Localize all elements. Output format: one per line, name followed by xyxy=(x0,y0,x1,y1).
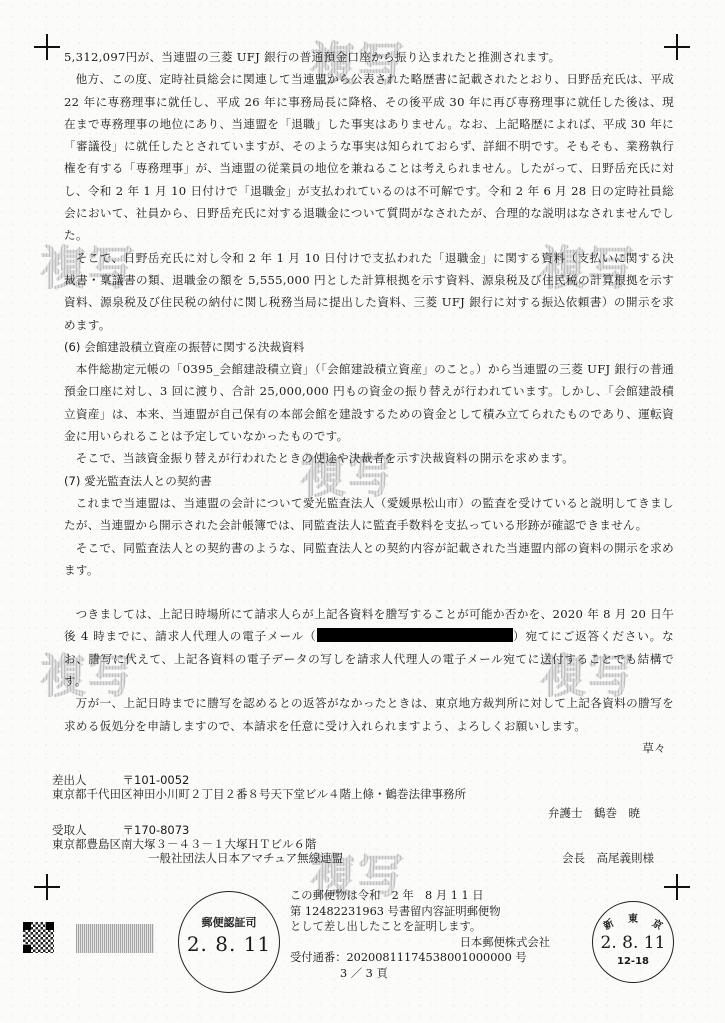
postmark-stamp: 新 東 京 2. 8. 11 12-18 xyxy=(592,901,674,983)
recipient-address: 東京都豊島区南大塚３－４３－１大塚ＨＴビル６階 xyxy=(52,837,343,851)
sender-postal: 〒101-0052 xyxy=(123,773,190,787)
cert-line: 第 12482231963 号書留内容証明郵便物 xyxy=(290,904,550,920)
stamp-label: 郵便認証司 xyxy=(202,914,257,930)
paragraph: 本件総勘定元帳の「0395_会館建設積立資」（「会館建設積立資産」のこと。）から… xyxy=(64,358,674,447)
cert-line: として差し出したことを証明します。 xyxy=(290,919,550,935)
sender-block: 差出人〒101-0052 東京都千代田区神田小川町２丁目２番８号天下堂ビル４階上… xyxy=(52,773,466,801)
recipient-organization: 一般社団法人日本アマチュア無線連盟 xyxy=(52,851,343,865)
postmark-office: 新 東 京 xyxy=(603,910,663,931)
recipient-label: 受取人 xyxy=(52,823,87,837)
recipient-name: 会長 高尾義則様 xyxy=(562,851,654,865)
postal-certification: この郵便物は令和 2 年 8 月 1 1 日 第 12482231963 号書留… xyxy=(290,888,550,981)
closing-salutation: 草々 xyxy=(64,737,674,759)
paragraph: そこで、日野岳充氏に対し令和 2 年 1 月 10 日付けで支払われた「退職金」… xyxy=(64,247,674,336)
sender-label: 差出人 xyxy=(52,773,87,787)
section-heading: (7) 愛光監査法人との契約書 xyxy=(64,470,674,492)
recipient-postal: 〒170-8073 xyxy=(123,823,190,837)
recipient-block: 受取人〒170-8073 東京都豊島区南大塚３－４３－１大塚ＨＴビル６階 一般社… xyxy=(52,823,343,865)
section-heading: (6) 会館建設積立資産の振替に関する決裁資料 xyxy=(64,336,674,358)
qr-code xyxy=(23,922,54,953)
sender-name: 弁護士 鶴巻 暁 xyxy=(548,806,640,820)
letter-body: 5,312,097円が、当連盟の三菱 UFJ 銀行の普通預金口座から振り込まれた… xyxy=(64,46,674,759)
final-paragraph: 万が一、上記日時までに謄写を認めるとの返答がなかったときは、東京地方裁判所に対し… xyxy=(64,692,674,737)
postmark-date: 2. 8. 11 xyxy=(601,933,666,953)
crop-mark-top-left xyxy=(34,34,60,60)
paragraph: 5,312,097円が、当連盟の三菱 UFJ 銀行の普通預金口座から振り込まれた… xyxy=(64,46,674,68)
postmark-time: 12-18 xyxy=(617,956,649,967)
paragraph: これまで当連盟は、当連盟の会計について愛光監査法人（愛媛県松山市）の監査を受けて… xyxy=(64,492,674,537)
crop-mark-bottom-right xyxy=(664,874,690,900)
paragraph: そこで、同監査法人との契約書のような、同監査法人との契約内容が記載された当連盟内… xyxy=(64,537,674,582)
cert-company: 日本郵便株式会社 xyxy=(290,935,550,951)
paragraph: 他方、この度、定時社員総会に関連して当連盟から公表された略歴書に記載されたとおり… xyxy=(64,68,674,246)
redacted-email xyxy=(317,628,513,642)
sender-address: 東京都千代田区神田小川町２丁目２番８号天下堂ビル４階上條・鶴巻法律事務所 xyxy=(52,787,466,801)
cert-line: この郵便物は令和 2 年 8 月 1 1 日 xyxy=(290,888,550,904)
receipt-number: 受付通番：20200811174538001000000 号 xyxy=(290,950,550,966)
page-number: 3 ／ 3 頁 xyxy=(290,966,550,982)
postal-certifier-stamp: 郵便認証司 2. 8. 11 xyxy=(178,891,280,993)
stamp-date: 2. 8. 11 xyxy=(187,932,271,956)
paragraph: そこで、当該資金振り替えが行われたときの使途や決裁者を示す決裁資料の開示を求めま… xyxy=(64,447,674,469)
request-paragraph: つきましては、上記日時場所にて請求人らが上記各資料を謄写することが可能か否かを、… xyxy=(64,603,674,692)
crop-mark-bottom-left xyxy=(34,874,60,900)
barcode xyxy=(76,924,154,953)
